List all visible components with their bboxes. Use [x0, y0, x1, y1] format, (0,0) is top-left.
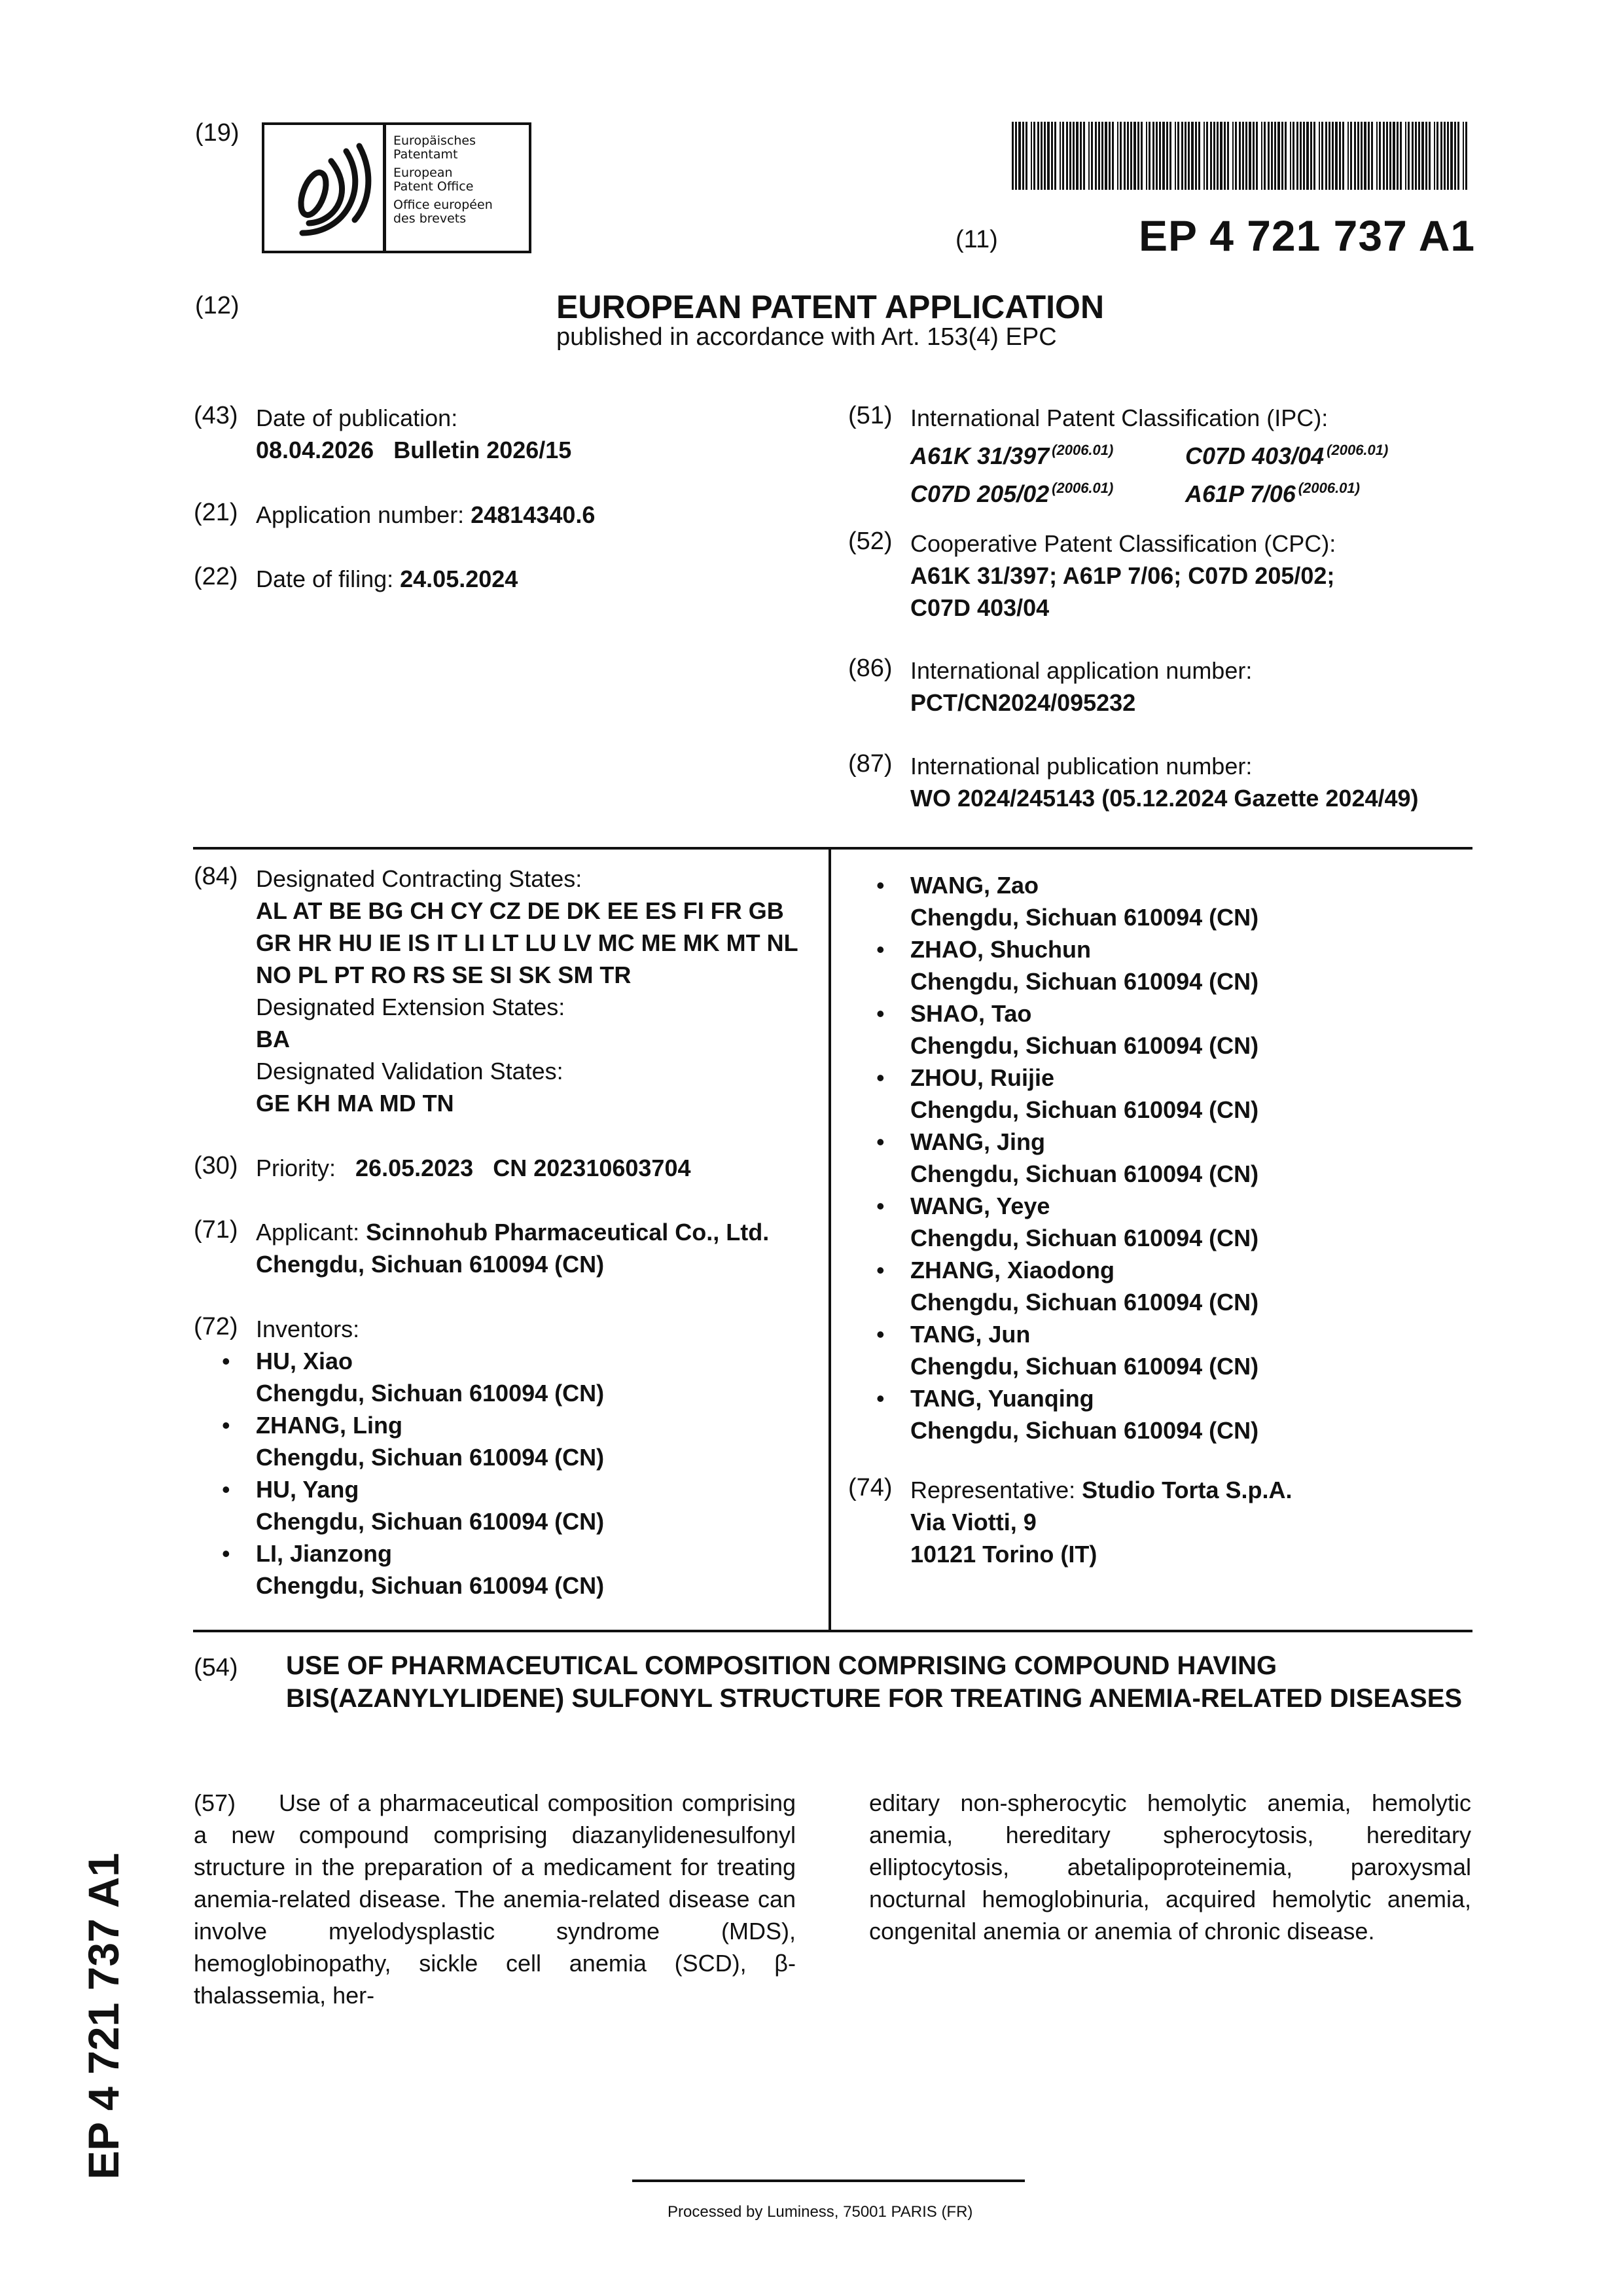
- inventor-address: Chengdu, Sichuan 610094 (CN): [256, 1505, 604, 1537]
- abstract-column-right: editary non-spherocytic hemolytic anemia…: [869, 1787, 1471, 1947]
- logo-line-fr-1: Office européen: [393, 198, 493, 212]
- inventor: •WANG, ZaoChengdu, Sichuan 610094 (CN): [910, 869, 1258, 933]
- cpc-line-1: A61K 31/397; A61P 7/06; C07D 205/02;: [910, 560, 1336, 592]
- bullet-icon: •: [876, 1062, 885, 1094]
- priority-date: 26.05.2023: [355, 1155, 473, 1181]
- bullet-icon: •: [222, 1345, 230, 1377]
- validation-states-label: Designated Validation States:: [256, 1055, 798, 1087]
- barcode: [1012, 122, 1470, 190]
- ipc-class: C07D 403/04: [1185, 442, 1324, 469]
- cpc-line-2: C07D 403/04: [910, 592, 1336, 624]
- inventor-name: ZHOU, Ruijie: [910, 1062, 1258, 1094]
- inventor-address: Chengdu, Sichuan 610094 (CN): [910, 1158, 1258, 1190]
- epo-logo: Europäisches Patentamt European Patent O…: [262, 122, 531, 253]
- horizontal-rule: [193, 1630, 1472, 1632]
- inventor: •ZHANG, LingChengdu, Sichuan 610094 (CN): [256, 1409, 604, 1473]
- inventor: •ZHOU, RuijieChengdu, Sichuan 610094 (CN…: [910, 1062, 1258, 1126]
- bulletin: Bulletin 2026/15: [393, 437, 571, 463]
- inventor: •ZHANG, XiaodongChengdu, Sichuan 610094 …: [910, 1254, 1258, 1318]
- bullet-icon: •: [222, 1473, 230, 1505]
- inid-code: (51): [848, 402, 893, 430]
- bullet-icon: •: [876, 1254, 885, 1286]
- inventor-address: Chengdu, Sichuan 610094 (CN): [910, 965, 1258, 997]
- inid-code: (71): [194, 1216, 238, 1244]
- inventor: •TANG, JunChengdu, Sichuan 610094 (CN): [910, 1318, 1258, 1382]
- applicant-address: Chengdu, Sichuan 610094 (CN): [256, 1248, 769, 1280]
- processed-by: Processed by Luminess, 75001 PARIS (FR): [668, 2203, 972, 2221]
- bullet-icon: •: [876, 1190, 885, 1222]
- inventor-address: Chengdu, Sichuan 610094 (CN): [910, 1350, 1258, 1382]
- contracting-states-line-3: NO PL PT RO RS SE SI SK SM TR: [256, 959, 798, 991]
- abstract-text-left: Use of a pharmaceutical composition comp…: [194, 1789, 796, 2009]
- inid-code-11: (11): [955, 226, 998, 254]
- ipc-item: A61P 7/06(2006.01): [1185, 472, 1434, 510]
- inventor: •HU, YangChengdu, Sichuan 610094 (CN): [256, 1473, 604, 1537]
- field-label: Inventors:: [256, 1313, 604, 1345]
- document-subtitle: published in accordance with Art. 153(4)…: [556, 323, 1057, 351]
- inventor: •TANG, YuanqingChengdu, Sichuan 610094 (…: [910, 1382, 1258, 1446]
- inventor-address: Chengdu, Sichuan 610094 (CN): [256, 1377, 604, 1409]
- inid-code-19: (19): [195, 119, 240, 147]
- field-label: International publication number:: [910, 750, 1419, 782]
- column-divider: [829, 847, 831, 1631]
- extension-states-label: Designated Extension States:: [256, 991, 798, 1023]
- inid-code: (87): [848, 750, 893, 778]
- field-label: Applicant:: [256, 1219, 359, 1246]
- field-label: Representative:: [910, 1477, 1075, 1503]
- inventor-name: TANG, Jun: [910, 1318, 1258, 1350]
- inventor: •LI, JianzongChengdu, Sichuan 610094 (CN…: [256, 1537, 604, 1602]
- inventor-name: WANG, Yeye: [910, 1190, 1258, 1222]
- footer-rule: [632, 2179, 1025, 2182]
- inid-code: (22): [194, 563, 238, 591]
- inventor-address: Chengdu, Sichuan 610094 (CN): [256, 1441, 604, 1473]
- inventor-name: SHAO, Tao: [910, 997, 1258, 1030]
- logo-divider: [383, 125, 386, 251]
- filing-date: 24.05.2024: [400, 565, 518, 592]
- bullet-icon: •: [876, 869, 885, 901]
- ipc-version: (2006.01): [1052, 480, 1113, 496]
- publication-date: 08.04.2026: [256, 437, 374, 463]
- inid-code: (43): [194, 402, 238, 430]
- inventor-name: TANG, Yuanqing: [910, 1382, 1258, 1414]
- inventor-list-right: •WANG, ZaoChengdu, Sichuan 610094 (CN)•Z…: [910, 869, 1258, 1446]
- field-label: Date of publication:: [256, 402, 571, 434]
- inid-code: (86): [848, 655, 893, 683]
- logo-line-de-1: Europäisches: [393, 134, 493, 148]
- inventor-name: WANG, Zao: [910, 869, 1258, 901]
- publication-number: EP 4 721 737 A1: [1139, 211, 1475, 260]
- logo-text: Europäisches Patentamt European Patent O…: [393, 134, 493, 230]
- ipc-version: (2006.01): [1298, 480, 1360, 496]
- inventor: •WANG, JingChengdu, Sichuan 610094 (CN): [910, 1126, 1258, 1190]
- applicant-name: Scinnohub Pharmaceutical Co., Ltd.: [366, 1219, 769, 1246]
- contracting-states-line-1: AL AT BE BG CH CY CZ DE DK EE ES FI FR G…: [256, 895, 798, 927]
- field-label: Cooperative Patent Classification (CPC):: [910, 528, 1336, 560]
- inventor-list-left: •HU, XiaoChengdu, Sichuan 610094 (CN)•ZH…: [256, 1345, 604, 1602]
- epo-logo-icon: [277, 138, 376, 243]
- field-label: Designated Contracting States:: [256, 863, 798, 895]
- document-type: EUROPEAN PATENT APPLICATION: [556, 288, 1104, 326]
- inventor-name: HU, Yang: [256, 1473, 604, 1505]
- ipc-item: C07D 205/02(2006.01): [910, 472, 1185, 510]
- inid-code: (74): [848, 1474, 893, 1502]
- bullet-icon: •: [876, 933, 885, 965]
- representative-city: 10121 Torino (IT): [910, 1538, 1292, 1570]
- inventor-name: HU, Xiao: [256, 1345, 604, 1377]
- inventor-name: LI, Jianzong: [256, 1537, 604, 1570]
- field-label: Application number:: [256, 501, 464, 528]
- inventor: •HU, XiaoChengdu, Sichuan 610094 (CN): [256, 1345, 604, 1409]
- inventor-address: Chengdu, Sichuan 610094 (CN): [910, 901, 1258, 933]
- inventor: •SHAO, TaoChengdu, Sichuan 610094 (CN): [910, 997, 1258, 1062]
- intl-publication-number: WO 2024/245143 (05.12.2024 Gazette 2024/…: [910, 782, 1419, 814]
- ipc-version: (2006.01): [1327, 442, 1388, 458]
- inventor-name: ZHANG, Xiaodong: [910, 1254, 1258, 1286]
- ipc-list: A61K 31/397(2006.01)C07D 403/04(2006.01)…: [910, 434, 1434, 510]
- field-label: International Patent Classification (IPC…: [910, 402, 1434, 434]
- bullet-icon: •: [876, 1126, 885, 1158]
- bullet-icon: •: [876, 1318, 885, 1350]
- inid-code: (30): [194, 1152, 238, 1180]
- representative-street: Via Viotti, 9: [910, 1506, 1292, 1538]
- application-number: 24814340.6: [471, 501, 595, 528]
- invention-title: USE OF PHARMACEUTICAL COMPOSITION COMPRI…: [286, 1649, 1464, 1715]
- inid-code: (52): [848, 528, 893, 556]
- inventor-address: Chengdu, Sichuan 610094 (CN): [910, 1222, 1258, 1254]
- inventor: •WANG, YeyeChengdu, Sichuan 610094 (CN): [910, 1190, 1258, 1254]
- validation-states: GE KH MA MD TN: [256, 1087, 798, 1119]
- logo-line-de-2: Patentamt: [393, 148, 493, 162]
- inid-code: (84): [194, 863, 238, 891]
- inventor-name: ZHAO, Shuchun: [910, 933, 1258, 965]
- inventor-address: Chengdu, Sichuan 610094 (CN): [910, 1094, 1258, 1126]
- ipc-item: C07D 403/04(2006.01): [1185, 434, 1434, 472]
- ipc-version: (2006.01): [1052, 442, 1113, 458]
- field-label: Date of filing:: [256, 565, 393, 592]
- ipc-class: A61P 7/06: [1185, 480, 1296, 507]
- field-label: International application number:: [910, 655, 1252, 687]
- inventor-address: Chengdu, Sichuan 610094 (CN): [910, 1286, 1258, 1318]
- bullet-icon: •: [222, 1409, 230, 1441]
- inventor-address: Chengdu, Sichuan 610094 (CN): [910, 1030, 1258, 1062]
- inventor-name: WANG, Jing: [910, 1126, 1258, 1158]
- inventor-address: Chengdu, Sichuan 610094 (CN): [256, 1570, 604, 1602]
- inid-code-12: (12): [195, 292, 240, 320]
- inid-code-54: (54): [194, 1654, 238, 1682]
- extension-states: BA: [256, 1023, 798, 1055]
- inventor-name: ZHANG, Ling: [256, 1409, 604, 1441]
- priority-number: CN 202310603704: [493, 1155, 690, 1181]
- field-label: Priority:: [256, 1155, 336, 1181]
- ipc-class: A61K 31/397: [910, 442, 1049, 469]
- inid-code: (72): [194, 1313, 238, 1341]
- representative-name: Studio Torta S.p.A.: [1082, 1477, 1292, 1503]
- bullet-icon: •: [222, 1537, 230, 1570]
- bullet-icon: •: [876, 1382, 885, 1414]
- bullet-icon: •: [876, 997, 885, 1030]
- inventor-address: Chengdu, Sichuan 610094 (CN): [910, 1414, 1258, 1446]
- logo-line-fr-2: des brevets: [393, 212, 493, 226]
- inid-code: (21): [194, 499, 238, 527]
- intl-application-number: PCT/CN2024/095232: [910, 687, 1252, 719]
- logo-line-en-1: European: [393, 166, 493, 180]
- ipc-class: C07D 205/02: [910, 480, 1049, 507]
- horizontal-rule: [193, 847, 1472, 850]
- ipc-item: A61K 31/397(2006.01): [910, 434, 1185, 472]
- inid-code-57: (57): [194, 1787, 279, 1819]
- side-publication-number: EP 4 721 737 A1: [79, 1853, 128, 2179]
- inventor: •ZHAO, ShuchunChengdu, Sichuan 610094 (C…: [910, 933, 1258, 997]
- abstract-column-left: (57)Use of a pharmaceutical composition …: [194, 1787, 796, 2011]
- logo-line-en-2: Patent Office: [393, 180, 493, 194]
- contracting-states-line-2: GR HR HU IE IS IT LI LT LU LV MC ME MK M…: [256, 927, 798, 959]
